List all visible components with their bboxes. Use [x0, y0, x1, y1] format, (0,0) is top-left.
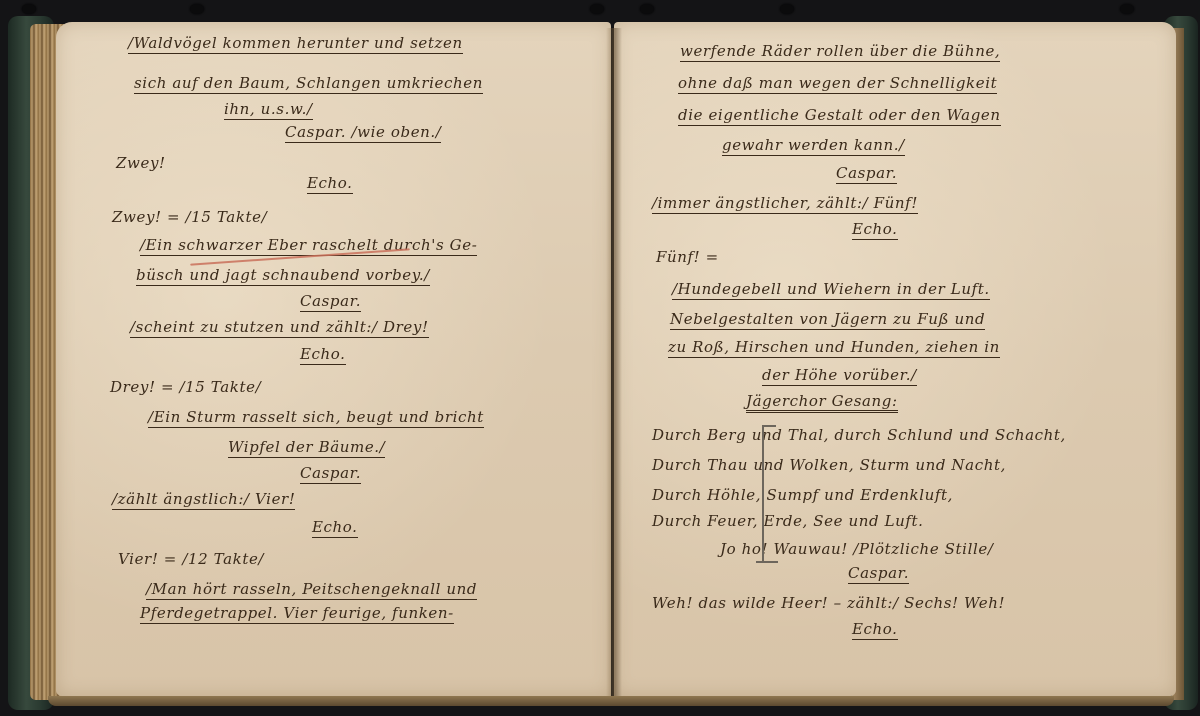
song-verse: Durch Höhle, Sumpf und Erdenkluft,: [652, 488, 953, 503]
dialogue-line: Fünf! =: [656, 250, 719, 265]
stage-direction: /Hundegebell und Wiehern in der Luft.: [672, 282, 990, 300]
chorus-heading: Jägerchor Gesang:: [746, 394, 898, 413]
stage-direction: werfende Räder rollen über die Bühne,: [680, 44, 1000, 62]
pencil-bracket-mark: [762, 425, 784, 563]
song-verse: Durch Berg und Thal, durch Schlund und S…: [652, 428, 1066, 443]
stage-direction: gewahr werden kann./: [722, 138, 905, 156]
stage-direction: der Höhe vorüber./: [762, 368, 917, 386]
right-page-text: werfende Räder rollen über die Bühne, oh…: [0, 0, 1200, 716]
stage-direction: ohne daß man wegen der Schnelligkeit: [678, 76, 997, 94]
song-verse: Durch Feuer, Erde, See und Luft.: [652, 514, 924, 529]
stage-direction: zu Roß, Hirschen und Hunden, ziehen in: [668, 340, 1000, 358]
speaker-caspar: Caspar.: [848, 566, 909, 584]
dialogue-line: Weh! das wilde Heer! – zählt:/ Sechs! We…: [652, 596, 1005, 611]
song-verse: Durch Thau und Wolken, Sturm und Nacht,: [652, 458, 1006, 473]
speaker-echo: Echo.: [852, 222, 898, 240]
stage-direction: die eigentliche Gestalt oder den Wagen: [678, 108, 1001, 126]
stage-direction: /immer ängstlicher, zählt:/ Fünf!: [652, 196, 918, 214]
stage-direction: Nebelgestalten von Jägern zu Fuß und: [670, 312, 985, 330]
speaker-caspar: Caspar.: [836, 166, 897, 184]
speaker-echo: Echo.: [852, 622, 898, 640]
